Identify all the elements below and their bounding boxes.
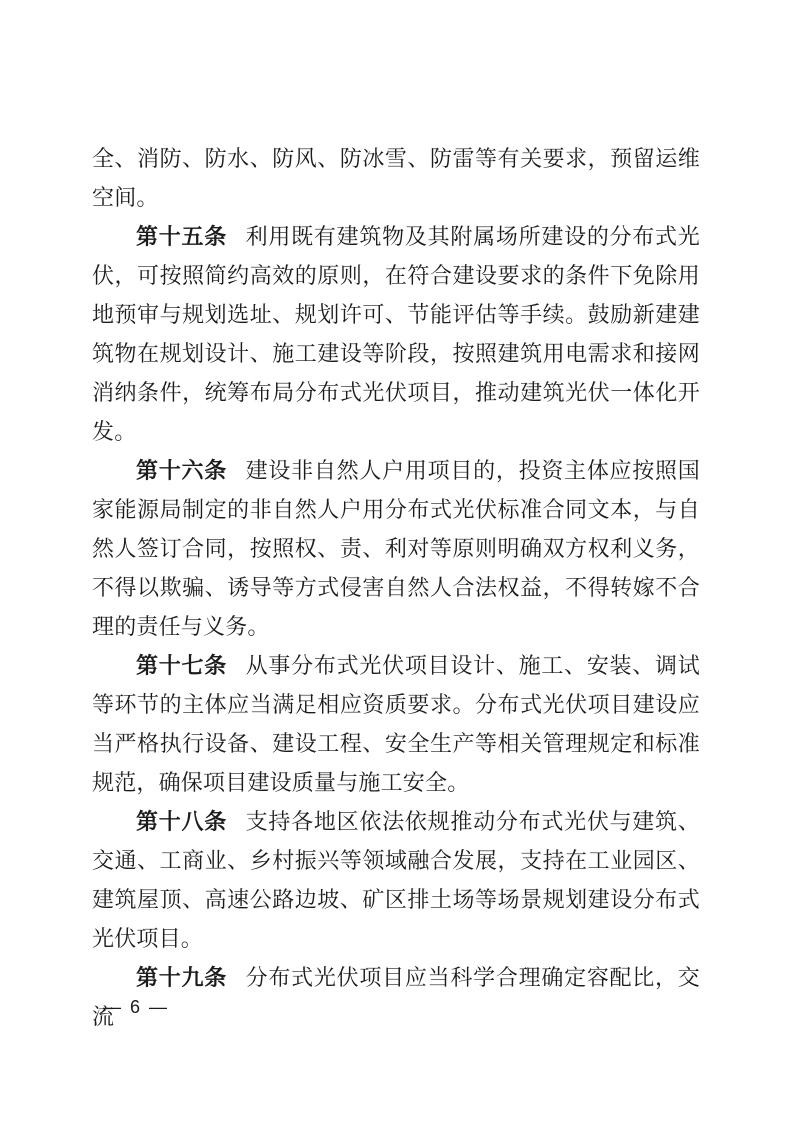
article-19-number: 第十九条 [136, 965, 227, 990]
article-18-paragraph: 第十八条支持各地区依法依规推动分布式光伏与建筑、交通、工商业、乡村振兴等领域融合… [92, 802, 700, 958]
article-15-number: 第十五条 [136, 224, 227, 249]
article-18-number: 第十八条 [136, 809, 227, 834]
article-16-text: 建设非自然人户用项目的，投资主体应按照国家能源局制定的非自然人户用分布式光伏标准… [92, 458, 700, 639]
page-number: — 6 — [103, 995, 169, 1019]
paragraph-continuation: 全、消防、防水、防风、防冰雪、防雷等有关要求，预留运维空间。 [92, 139, 700, 217]
article-15-paragraph: 第十五条利用既有建筑物及其附属场所建设的分布式光伏，可按照简约高效的原则，在符合… [92, 217, 700, 451]
article-19-paragraph: 第十九条分布式光伏项目应当科学合理确定容配比，交流 [92, 958, 700, 1036]
document-body: 全、消防、防水、防风、防冰雪、防雷等有关要求，预留运维空间。 第十五条利用既有建… [92, 139, 700, 1036]
article-17-paragraph: 第十七条从事分布式光伏项目设计、施工、安装、调试等环节的主体应当满足相应资质要求… [92, 646, 700, 802]
article-16-number: 第十六条 [136, 458, 227, 483]
article-16-paragraph: 第十六条建设非自然人户用项目的，投资主体应按照国家能源局制定的非自然人户用分布式… [92, 451, 700, 646]
article-17-number: 第十七条 [136, 653, 227, 678]
article-15-text: 利用既有建筑物及其附属场所建设的分布式光伏，可按照简约高效的原则，在符合建设要求… [92, 224, 700, 444]
document-page: 全、消防、防水、防风、防冰雪、防雷等有关要求，预留运维空间。 第十五条利用既有建… [0, 0, 793, 1122]
